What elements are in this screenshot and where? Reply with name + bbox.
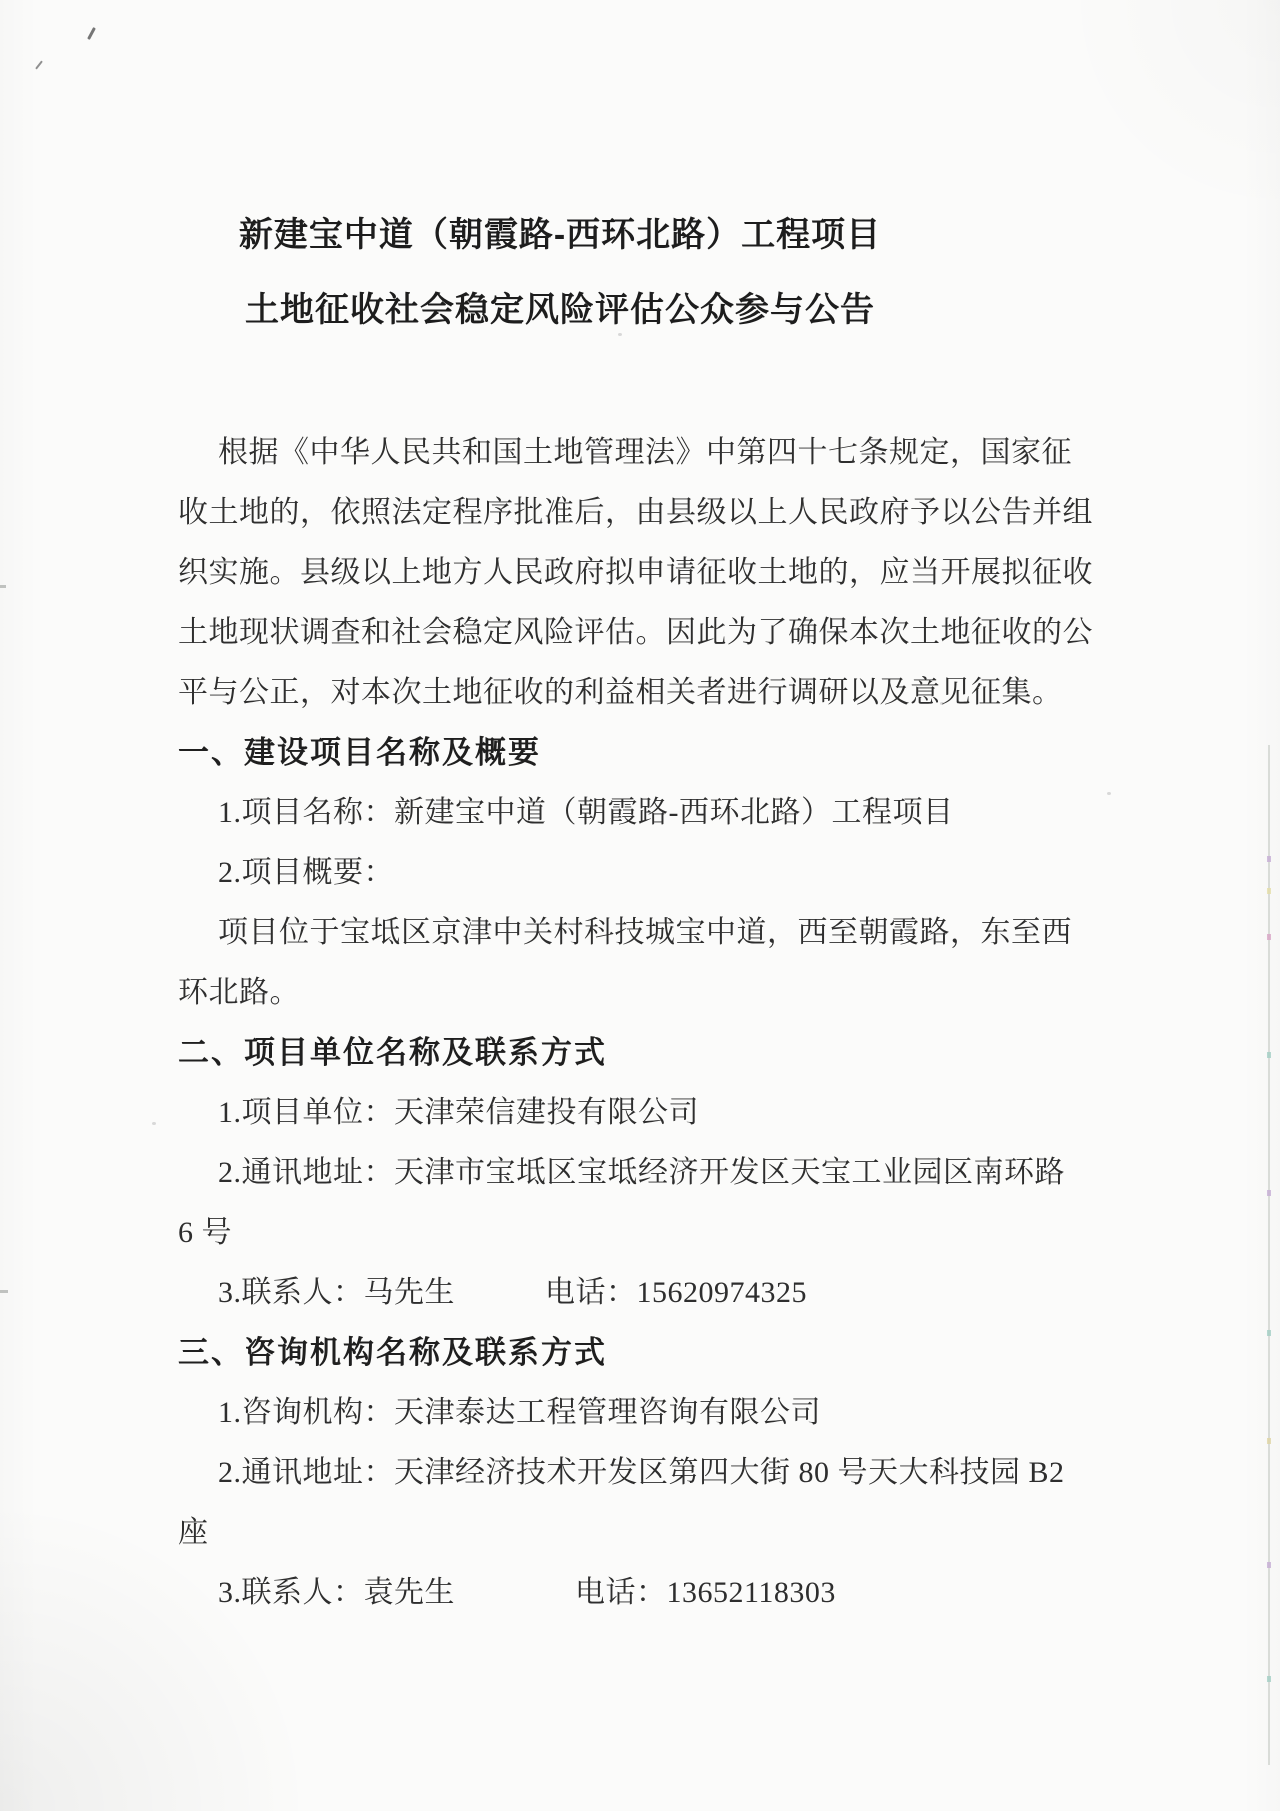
intro-paragraph-line: 平与公正，对本次土地征收的利益相关者进行调研以及意见征集。	[178, 663, 1138, 723]
intro-paragraph-line: 根据《中华人民共和国土地管理法》中第四十七条规定，国家征	[178, 423, 1138, 483]
scan-color-tick	[1267, 888, 1271, 894]
project-unit-line: 1.项目单位：天津荣信建投有限公司	[178, 1083, 1138, 1143]
paper-speck	[940, 702, 944, 705]
project-location-line: 项目位于宝坻区京津中关村科技城宝中道，西至朝霞路，东至西	[178, 903, 1138, 963]
document-title-line-2: 土地征收社会稳定风险评估公众参与公告	[0, 273, 1120, 348]
project-summary-label-line: 2.项目概要：	[178, 843, 1138, 903]
paper-speck	[152, 1122, 156, 1125]
project-name-line: 1.项目名称：新建宝中道（朝霞路-西环北路）工程项目	[178, 783, 1138, 843]
scan-color-tick	[1267, 856, 1271, 862]
document-title: 新建宝中道（朝霞路-西环北路）工程项目 土地征收社会稳定风险评估公众参与公告	[0, 198, 1120, 348]
contact-person: 3.联系人：马先生	[218, 1276, 455, 1309]
phone-number: 电话：13652118303	[575, 1563, 836, 1623]
scan-edge-dash	[0, 585, 6, 588]
unit-contact-line: 3.联系人：马先生电话：15620974325	[178, 1263, 1138, 1323]
consult-address-line: 座	[178, 1503, 1138, 1563]
scan-color-tick	[1267, 1190, 1271, 1196]
section-heading-2: 二、项目单位名称及联系方式	[178, 1023, 1138, 1083]
intro-paragraph-line: 收土地的，依照法定程序批准后，由县级以上人民政府予以公告并组	[178, 483, 1138, 543]
document-body: 根据《中华人民共和国土地管理法》中第四十七条规定，国家征 收土地的，依照法定程序…	[178, 423, 1138, 1623]
section-heading-1: 一、建设项目名称及概要	[178, 723, 1138, 783]
scan-color-tick	[1267, 1562, 1271, 1568]
paper-speck	[618, 333, 622, 336]
unit-address-line: 6 号	[178, 1203, 1138, 1263]
section-heading-3: 三、咨询机构名称及联系方式	[178, 1323, 1138, 1383]
scan-color-tick	[1267, 934, 1271, 940]
phone-number: 电话：15620974325	[545, 1263, 807, 1323]
paper-speck	[1107, 792, 1111, 795]
scan-edge-dash	[0, 1290, 8, 1293]
unit-address-line: 2.通讯地址：天津市宝坻区宝坻经济开发区天宝工业园区南环路	[178, 1143, 1138, 1203]
pen-mark	[87, 27, 96, 40]
scan-edge-line	[1268, 745, 1270, 1765]
scan-color-tick	[1267, 1438, 1271, 1444]
document-title-line-1: 新建宝中道（朝霞路-西环北路）工程项目	[0, 198, 1120, 273]
contact-person: 3.联系人：袁先生	[218, 1576, 455, 1609]
consult-org-line: 1.咨询机构：天津泰达工程管理咨询有限公司	[178, 1383, 1138, 1443]
pen-mark	[35, 60, 43, 69]
scan-color-tick	[1267, 1676, 1271, 1682]
scan-color-tick	[1267, 1052, 1271, 1058]
intro-paragraph-line: 织实施。县级以上地方人民政府拟申请征收土地的，应当开展拟征收	[178, 543, 1138, 603]
scan-color-tick	[1267, 1330, 1271, 1336]
project-location-line: 环北路。	[178, 963, 1138, 1023]
consult-contact-line: 3.联系人：袁先生电话：13652118303	[178, 1563, 1138, 1623]
intro-paragraph-line: 土地现状调查和社会稳定风险评估。因此为了确保本次土地征收的公	[178, 603, 1138, 663]
consult-address-line: 2.通讯地址：天津经济技术开发区第四大街 80 号天大科技园 B2	[178, 1443, 1138, 1503]
